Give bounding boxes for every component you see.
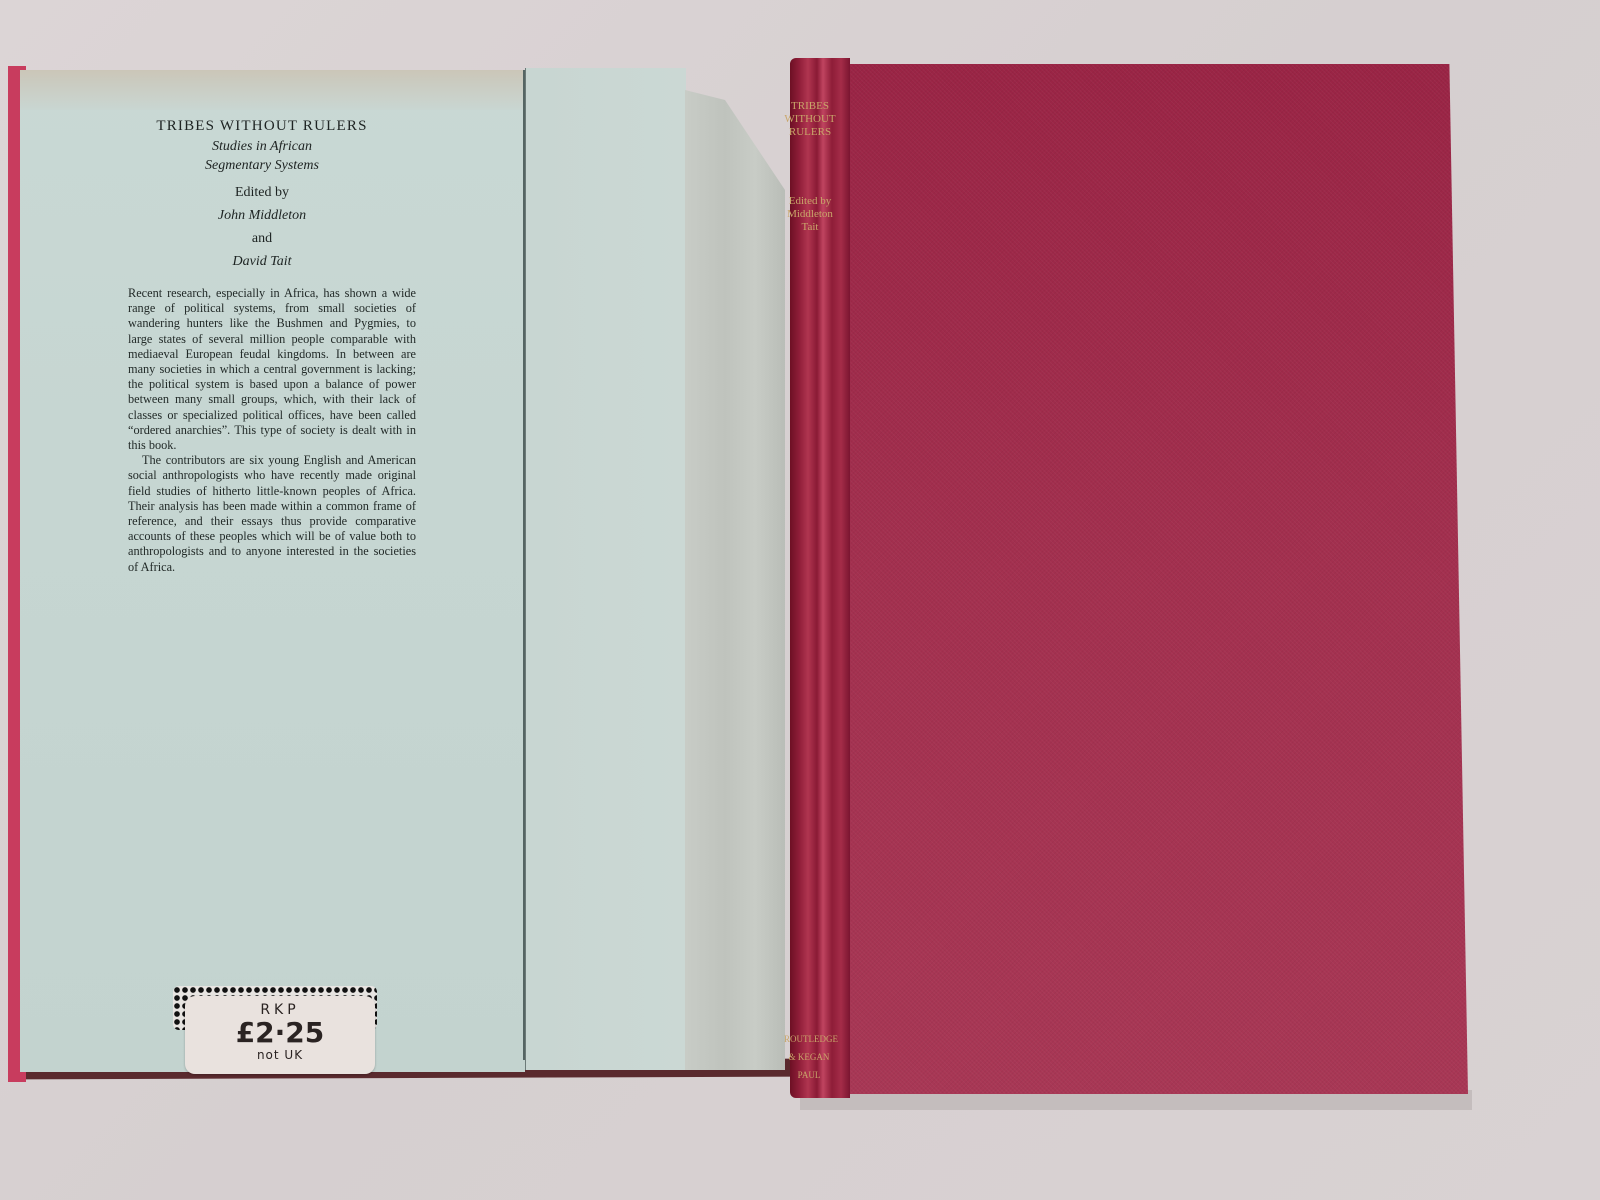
spine-publisher-2: & KEGAN PAUL	[784, 1048, 834, 1084]
jacket-spine-fold	[685, 70, 785, 1070]
price-sticker: RKP £2·25 not UK	[185, 996, 375, 1074]
spine-title-3: RULERS	[780, 126, 840, 139]
jacket-title-block: TRIBES WITHOUT RULERS Studies in African…	[112, 118, 412, 273]
flap-fold-line	[523, 70, 525, 1060]
sticker-price: £2·25	[185, 1018, 375, 1048]
spine-gilt-text: TRIBES WITHOUT RULERS Edited by Middleto…	[780, 100, 840, 234]
blurb-paragraph-1: Recent research, especially in Africa, h…	[128, 286, 416, 453]
spine-publisher: ROUTLEDGE & KEGAN PAUL	[784, 1030, 834, 1084]
spine-editor-2: Tait	[780, 221, 840, 234]
blurb-paragraph-2: The contributors are six young English a…	[128, 453, 416, 575]
jacket-top-fold	[20, 70, 525, 110]
spine-edited-by: Edited by	[780, 195, 840, 208]
jacket-blurb: Recent research, especially in Africa, h…	[128, 286, 416, 575]
subtitle-line-1: Studies in African	[112, 137, 412, 156]
jacket-flap	[525, 68, 686, 1070]
edited-by-label: Edited by	[112, 181, 412, 204]
subtitle-line-2: Segmentary Systems	[112, 156, 412, 175]
spine-publisher-1: ROUTLEDGE	[784, 1030, 834, 1048]
book-title: TRIBES WITHOUT RULERS	[112, 118, 412, 135]
editor-name-2: David Tait	[112, 250, 412, 273]
book-front-cover	[848, 64, 1468, 1094]
conjunction: and	[112, 227, 412, 250]
spine-title-2: WITHOUT	[780, 113, 840, 126]
sticker-note: not UK	[185, 1048, 375, 1062]
editor-name-1: John Middleton	[112, 204, 412, 227]
spine-title-1: TRIBES	[780, 100, 840, 113]
spine-editor-1: Middleton	[780, 208, 840, 221]
